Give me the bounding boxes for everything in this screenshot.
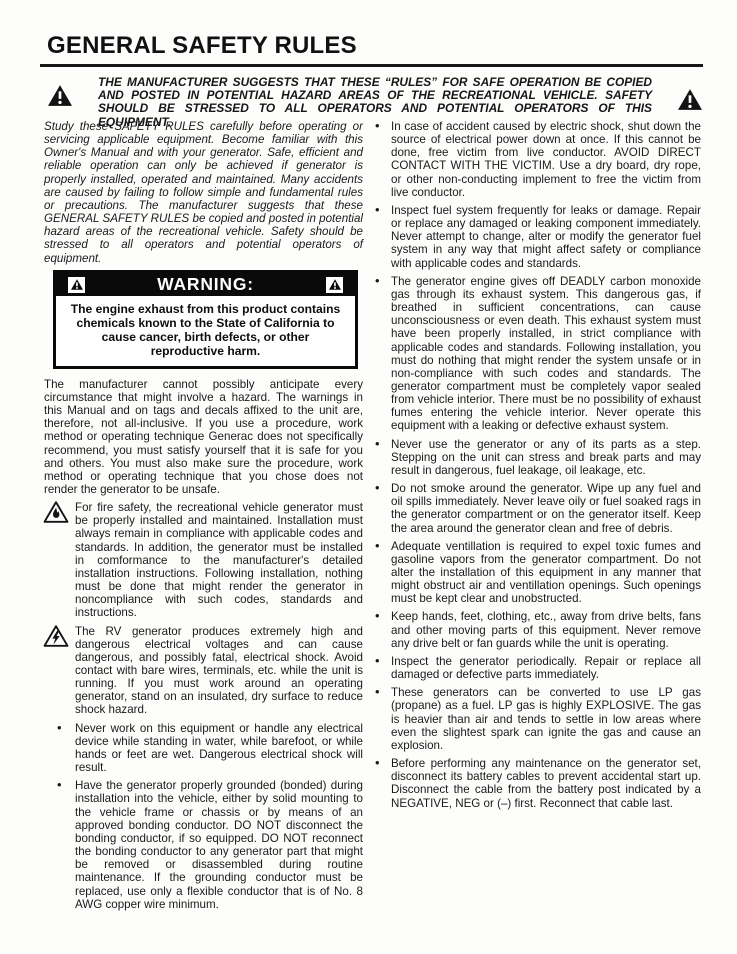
- safety-alert-icon: [68, 277, 85, 293]
- title-rule: [40, 64, 703, 67]
- safety-rule-text: Do not smoke around the generator. Wipe …: [391, 482, 701, 534]
- left-column: Study these SAFETY RULES carefully befor…: [44, 120, 363, 916]
- warning-box-header: WARNING:: [56, 273, 355, 296]
- safety-alert-icon: [678, 89, 702, 115]
- fire-hazard-icon: [43, 501, 69, 526]
- intro-paragraph: Study these SAFETY RULES carefully befor…: [44, 120, 363, 265]
- right-column: • In case of accident caused by electric…: [374, 120, 701, 815]
- bullet-icon: •: [375, 481, 380, 494]
- bullet-icon: •: [375, 274, 380, 287]
- safety-rule-item: For fire safety, the recreational vehicl…: [44, 501, 363, 619]
- bullet-icon: •: [375, 203, 380, 216]
- safety-rule-text: In case of accident caused by electric s…: [391, 120, 701, 199]
- bullet-icon: •: [57, 778, 62, 791]
- safety-rule-text: Inspect fuel system frequently for leaks…: [391, 204, 701, 270]
- safety-rule-text: Adequate ventillation is required to exp…: [391, 540, 701, 606]
- safety-rule-item: • Before performing any maintenance on t…: [374, 757, 701, 810]
- safety-rule-item: • These generators can be converted to u…: [374, 686, 701, 752]
- warning-box-text: The engine exhaust from this product con…: [56, 296, 355, 366]
- bullet-icon: •: [375, 756, 380, 769]
- manual-page: GENERAL SAFETY RULES THE MANUFACTURER SU…: [0, 0, 737, 954]
- bullet-icon: •: [375, 119, 380, 132]
- safety-rule-item: • The generator engine gives off DEADLY …: [374, 275, 701, 433]
- safety-rule-item: • Inspect fuel system frequently for lea…: [374, 204, 701, 270]
- california-warning-box: WARNING: The engine exhaust from this pr…: [53, 270, 358, 369]
- safety-rule-text: Keep hands, feet, clothing, etc., away f…: [391, 610, 701, 649]
- safety-rule-item: • Never use the generator or any of its …: [374, 438, 701, 477]
- safety-rule-item: • Have the generator properly grounded (…: [44, 779, 363, 911]
- safety-rule-item: • Never work on this equipment or handle…: [44, 722, 363, 775]
- safety-rule-text: The generator engine gives off DEADLY ca…: [391, 275, 701, 433]
- safety-rule-item: • Inspect the generator periodically. Re…: [374, 655, 701, 681]
- safety-rule-text: For fire safety, the recreational vehicl…: [75, 501, 363, 619]
- safety-rule-item: • In case of accident caused by electric…: [374, 120, 701, 199]
- safety-alert-icon: [326, 277, 343, 293]
- safety-rule-item: • Keep hands, feet, clothing, etc., away…: [374, 610, 701, 649]
- safety-rule-item: The RV generator produces extremely high…: [44, 625, 363, 717]
- bullet-icon: •: [375, 654, 380, 667]
- safety-rule-text: Never work on this equipment or handle a…: [75, 722, 363, 774]
- warning-box-title: WARNING:: [85, 278, 326, 291]
- safety-rule-item: • Do not smoke around the generator. Wip…: [374, 482, 701, 535]
- safety-rule-text: Before performing any maintenance on the…: [391, 757, 701, 809]
- safety-rule-item: • Adequate ventillation is required to e…: [374, 540, 701, 606]
- bullet-icon: •: [375, 539, 380, 552]
- safety-rule-text: Never use the generator or any of its pa…: [391, 438, 701, 477]
- bullet-icon: •: [57, 721, 62, 734]
- safety-alert-icon: [48, 85, 72, 111]
- safety-rule-text: These generators can be converted to use…: [391, 686, 701, 752]
- safety-rule-text: Have the generator properly grounded (bo…: [75, 779, 363, 910]
- bullet-icon: •: [375, 685, 380, 698]
- bullet-icon: •: [375, 437, 380, 450]
- paragraph: The manufacturer cannot possibly anticip…: [44, 378, 363, 496]
- electric-shock-icon: [43, 625, 69, 650]
- page-title: GENERAL SAFETY RULES: [47, 32, 357, 60]
- safety-rule-text: The RV generator produces extremely high…: [75, 625, 363, 717]
- bullet-icon: •: [375, 609, 380, 622]
- safety-rule-text: Inspect the generator periodically. Repa…: [391, 655, 701, 681]
